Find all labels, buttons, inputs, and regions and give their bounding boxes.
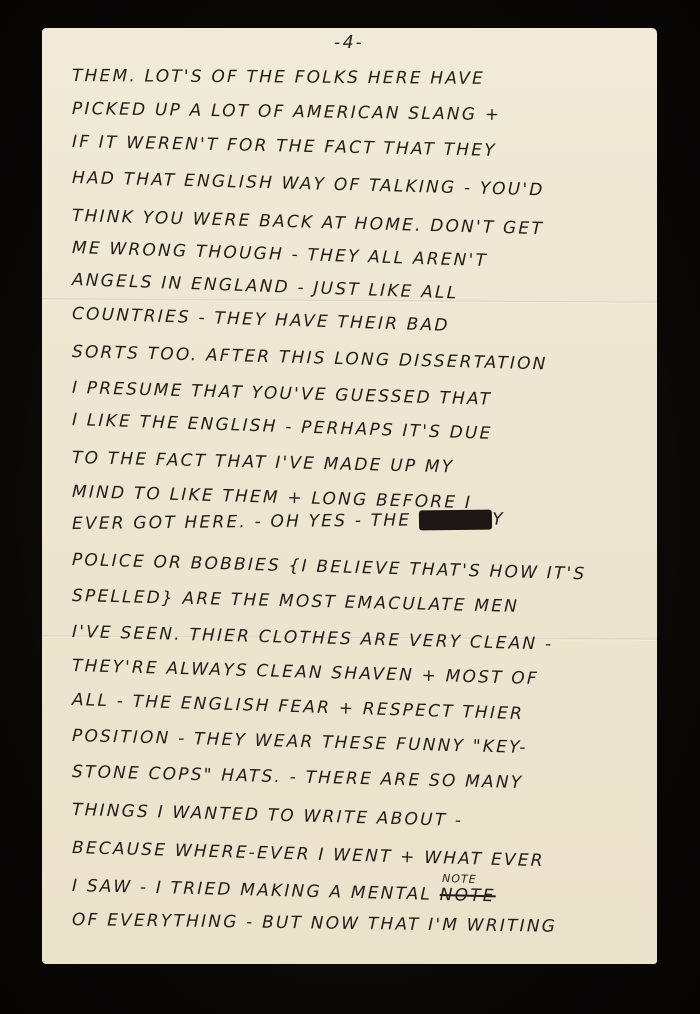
text-segment: ever got here. - Oh yes - the [72, 510, 411, 534]
text-line: police or Bobbies {I believe that's how … [72, 550, 587, 584]
text-line: because where-ever I went + what ever [72, 838, 545, 871]
page-number: -4- [332, 32, 365, 53]
text-line: position - They wear these funny "Key- [72, 726, 528, 758]
text-line: picked up a lot of American slang + [72, 99, 501, 125]
crossed-out-word: Bobby [419, 510, 493, 531]
text-line: them. Lot's of the folks here have [72, 66, 485, 89]
text-line: all - the English fear + respect thier [72, 690, 525, 724]
text-line: if it weren't for the fact that they [72, 132, 497, 161]
text-line-with-strike: ever got here. - Oh yes - the Bobbyy [72, 509, 505, 534]
text-line: stone Cops" hats. - There are so many [72, 762, 524, 793]
letter-page: -4- them. Lot's of the folks here have p… [42, 28, 657, 964]
text-line-with-correction: I saw - I tried making a mental note not… [72, 876, 496, 906]
text-line: countries - they have their bad [72, 304, 450, 336]
text-line: they're always clean shaven + most of [72, 656, 539, 689]
text-line: I presume that you've guessed that [72, 378, 493, 410]
inserted-word: note [442, 872, 477, 886]
text-line: sorts too. After this long dissertation [72, 342, 548, 374]
text-line: I've seen. Thier clothes are very clean … [72, 622, 554, 655]
text-line: mind to like them + long before I [72, 482, 473, 513]
text-line: I like the English - perhaps it's due [72, 410, 493, 444]
text-line: had that English way of talking - you'd [72, 168, 545, 200]
text-line: spelled} are the most emaculate men [72, 586, 520, 617]
text-line: me wrong though - they all aren't [72, 238, 489, 271]
text-line: things I wanted to write about - [72, 800, 464, 831]
text-segment: I saw - I tried making a mental [72, 876, 433, 905]
text-line: to the fact that I've made up my [72, 448, 455, 477]
text-line: think you were back at home. Don't get [72, 206, 544, 239]
text-line: of everything - but now that I'm writing [72, 910, 557, 937]
struck-word: note [439, 885, 496, 906]
correction: note note [439, 885, 496, 906]
text-segment: y [492, 509, 505, 529]
